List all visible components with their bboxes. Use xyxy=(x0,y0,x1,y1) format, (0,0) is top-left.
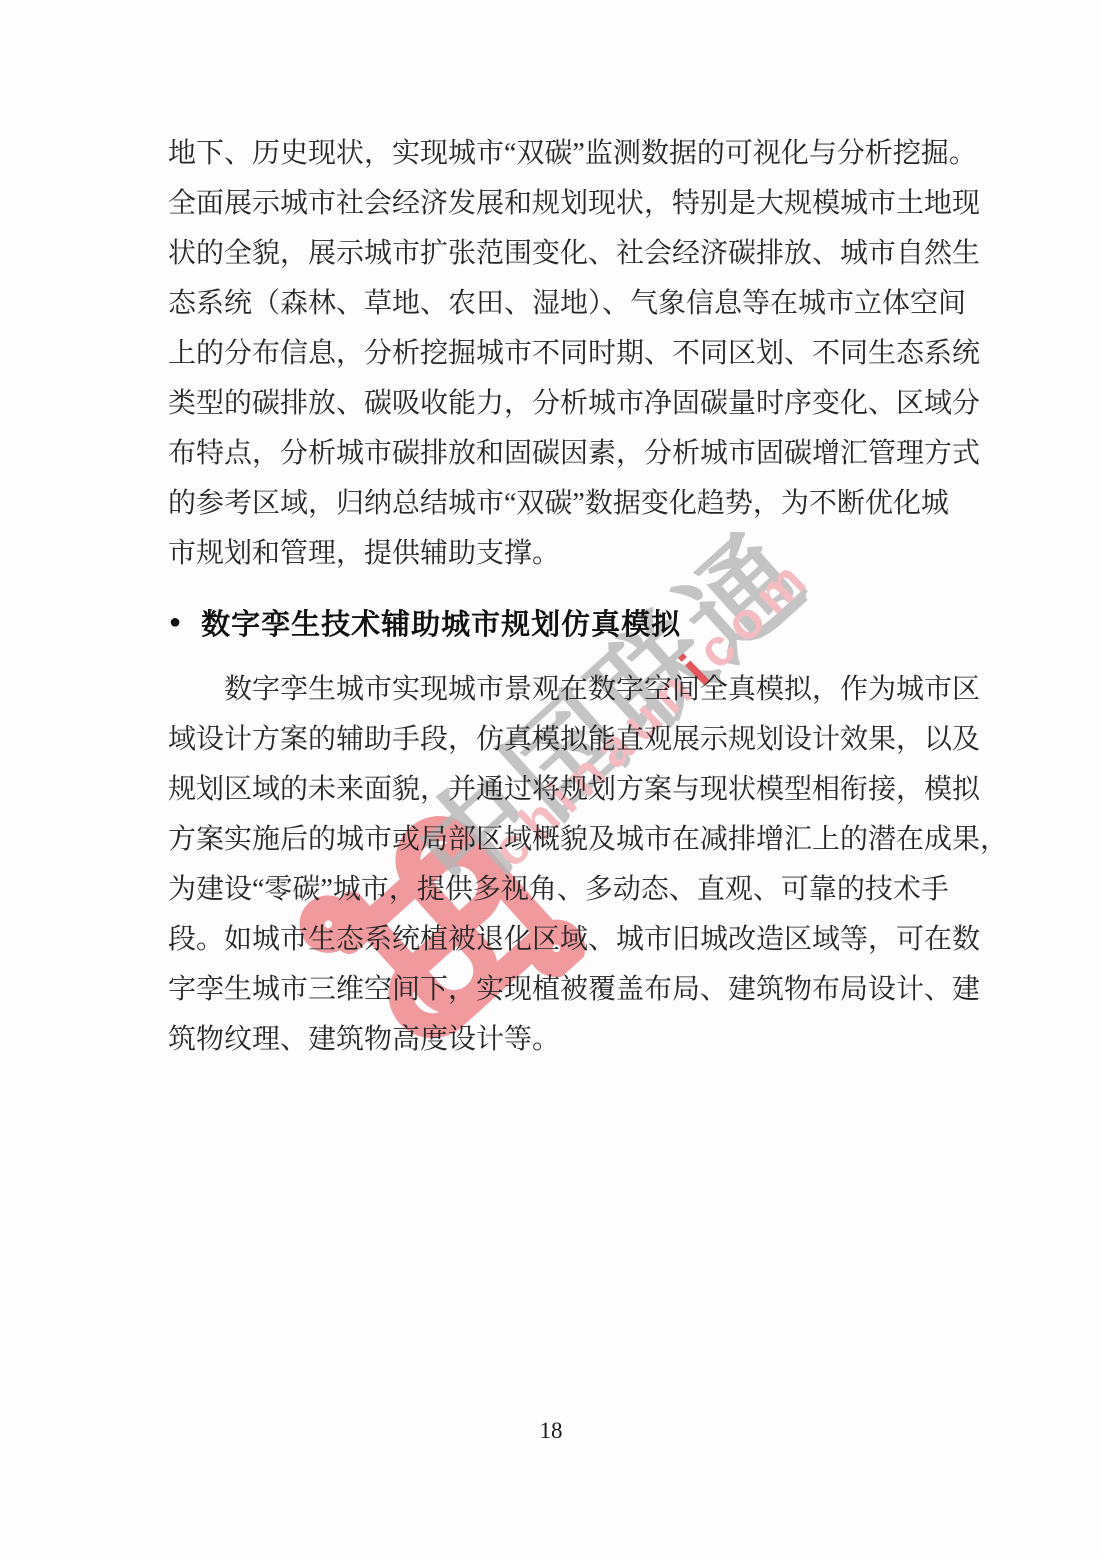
section-heading-row: ● 数字孪生技术辅助城市规划仿真模拟 xyxy=(168,597,938,647)
text-line: 筑物纹理、建筑物高度设计等。 xyxy=(168,1015,938,1065)
text-line: 全面展示城市社会经济发展和规划现状，特别是大规模城市土地现 xyxy=(168,179,938,229)
bullet-icon: ● xyxy=(169,612,181,632)
section-heading: 数字孪生技术辅助城市规划仿真模拟 xyxy=(201,602,681,643)
text-line: 域设计方案的辅助手段，仿真模拟能直观展示规划设计效果，以及 xyxy=(168,715,938,765)
text-line: 布特点，分析城市碳排放和固碳因素，分析城市固碳增汇管理方式 xyxy=(168,429,938,479)
text-line: 字孪生城市三维空间下，实现植被覆盖布局、建筑物布局设计、建 xyxy=(168,965,938,1015)
text-line: 数字孪生城市实现城市景观在数字空间全真模拟，作为城市区 xyxy=(168,665,938,715)
text-line: 上的分布信息，分析挖掘城市不同时期、不同区划、不同生态系统 xyxy=(168,329,938,379)
text-line: 为建设“零碳”城市，提供多视角、多动态、直观、可靠的技术手 xyxy=(168,865,938,915)
document-page: 中国联通 chinaunicom 地下、历史现状，实现城市“双碳”监测数据的可视… xyxy=(0,0,1102,1559)
text-line: 的参考区域，归纳总结城市“双碳”数据变化趋势，为不断优化城 xyxy=(168,479,938,529)
body-paragraph-1: 地下、历史现状，实现城市“双碳”监测数据的可视化与分析挖掘。 全面展示城市社会经… xyxy=(168,129,938,579)
page-content: 地下、历史现状，实现城市“双碳”监测数据的可视化与分析挖掘。 全面展示城市社会经… xyxy=(168,129,938,1065)
text-line: 段。如城市生态系统植被退化区域、城市旧城改造区域等，可在数 xyxy=(168,915,938,965)
text-line: 方案实施后的城市或局部区域概貌及城市在减排增汇上的潜在成果， xyxy=(168,815,938,865)
page-number: 18 xyxy=(0,1418,1102,1444)
body-paragraph-2: 数字孪生城市实现城市景观在数字空间全真模拟，作为城市区 域设计方案的辅助手段，仿… xyxy=(168,665,938,1065)
text-line: 地下、历史现状，实现城市“双碳”监测数据的可视化与分析挖掘。 xyxy=(168,129,938,179)
text-line: 态系统（森林、草地、农田、湿地）、气象信息等在城市立体空间 xyxy=(168,279,938,329)
text-line: 类型的碳排放、碳吸收能力，分析城市净固碳量时序变化、区域分 xyxy=(168,379,938,429)
text-line: 市规划和管理，提供辅助支撑。 xyxy=(168,529,938,579)
text-line: 状的全貌，展示城市扩张范围变化、社会经济碳排放、城市自然生 xyxy=(168,229,938,279)
text-line: 规划区域的未来面貌，并通过将规划方案与现状模型相衔接，模拟 xyxy=(168,765,938,815)
